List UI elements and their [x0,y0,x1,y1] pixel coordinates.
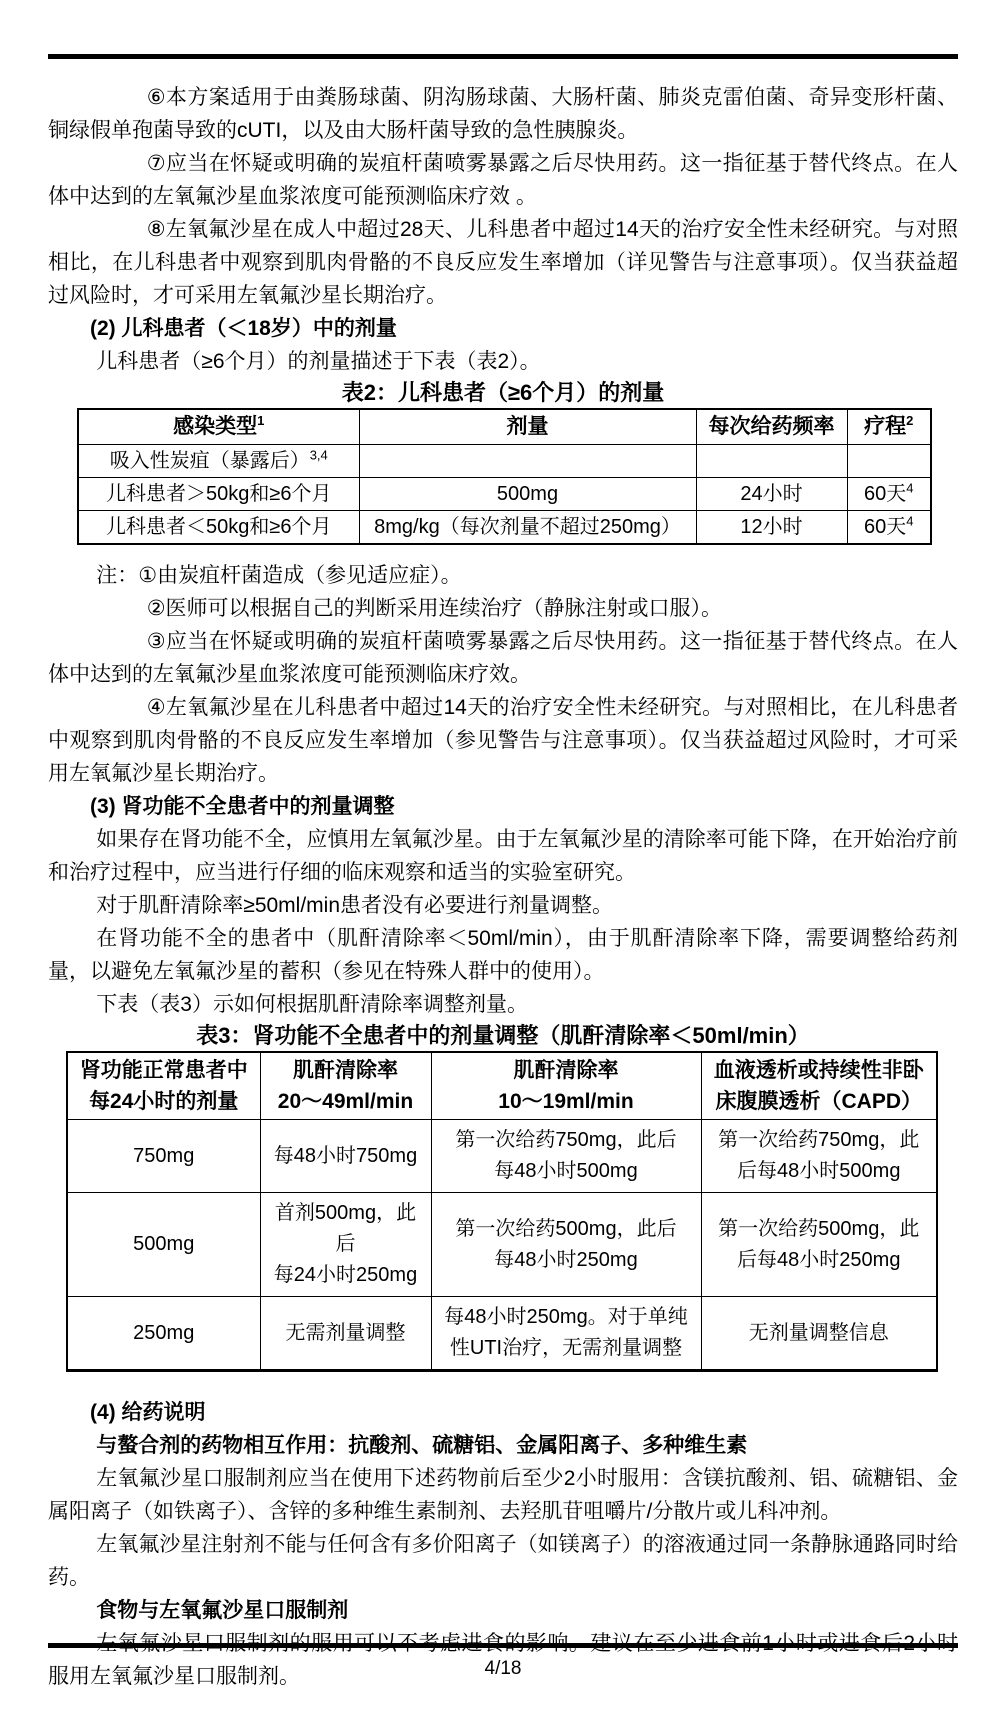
table-cell: 每48小时250mg。对于单纯性UTI治疗，无需剂量调整 [431,1297,701,1371]
table-row: 250mg 无需剂量调整 每48小时250mg。对于单纯性UTI治疗，无需剂量调… [67,1297,937,1371]
section-3-heading: (3) 肾功能不全患者中的剂量调整 [48,790,958,823]
table-cell: 第一次给药750mg，此后每48小时500mg [431,1120,701,1193]
table-cell: 500mg [67,1193,260,1297]
table-cell: 750mg [67,1120,260,1193]
table2-title: 表2：儿科患者（≥6个月）的剂量 [48,378,958,408]
table2-note-4: ④左氧氟沙星在儿科患者中超过14天的治疗安全性未经研究。与对照相比，在儿科患者中… [48,691,958,790]
table-cell: 吸入性炭疽（暴露后）3,4 [78,445,359,478]
section-4-paragraph-1: 左氧氟沙星口服制剂应当在使用下述药物前后至少2小时服用：含镁抗酸剂、铝、硫糖铝、… [48,1462,958,1528]
list-item-6: ⑥本方案适用于由粪肠球菌、阴沟肠球菌、大肠杆菌、肺炎克雷伯菌、奇异变形杆菌、铜绿… [48,81,958,147]
table-cell: 250mg [67,1297,260,1371]
table2-note-1: 注：①由炭疽杆菌造成（参见适应症）。 [48,559,958,592]
table-header-cell: 肌酐清除率10～19ml/min [431,1052,701,1120]
document-page: ⑥本方案适用于由粪肠球菌、阴沟肠球菌、大肠杆菌、肺炎克雷伯菌、奇异变形杆菌、铜绿… [0,0,1006,1693]
section-3-paragraph-4: 下表（表3）示如何根据肌酐清除率调整剂量。 [48,988,958,1021]
table-row: 儿科患者＜50kg和≥6个月 8mg/kg（每次剂量不超过250mg） 12小时… [78,511,931,545]
section-4-paragraph-2: 左氧氟沙星注射剂不能与任何含有多价阳离子（如镁离子）的溶液通过同一条静脉通路同时… [48,1528,958,1594]
table-cell: 60天4 [847,478,931,511]
table-row: 500mg 首剂500mg，此后每24小时250mg 第一次给药500mg，此后… [67,1193,937,1297]
table-cell: 每48小时750mg [260,1120,431,1193]
table-header-cell: 疗程2 [847,409,931,445]
table-cell: 无需剂量调整 [260,1297,431,1371]
table-header-row: 肾功能正常患者中每24小时的剂量 肌酐清除率20～49ml/min 肌酐清除率1… [67,1052,937,1120]
list-item-8: ⑧左氧氟沙星在成人中超过28天、儿科患者中超过14天的治疗安全性未经研究。与对照… [48,213,958,312]
section-4-heading: (4) 给药说明 [48,1396,958,1429]
table-cell: 儿科患者＜50kg和≥6个月 [78,511,359,545]
table-cell [359,445,696,478]
table-header-cell: 感染类型1 [78,409,359,445]
table-header-cell: 每次给药频率 [696,409,847,445]
document-content: ⑥本方案适用于由粪肠球菌、阴沟肠球菌、大肠杆菌、肺炎克雷伯菌、奇异变形杆菌、铜绿… [48,81,958,1693]
table2-note-2: ②医师可以根据自己的判断采用连续治疗（静脉注射或口服）。 [48,592,958,625]
section-4-subheading-1: 与螯合剂的药物相互作用：抗酸剂、硫糖铝、金属阳离子、多种维生素 [48,1429,958,1462]
section-4-subheading-2: 食物与左氧氟沙星口服制剂 [48,1594,958,1627]
section-2-intro: 儿科患者（≥6个月）的剂量描述于下表（表2）。 [48,345,958,378]
section-3-paragraph-1: 如果存在肾功能不全，应慎用左氧氟沙星。由于左氧氟沙星的清除率可能下降，在开始治疗… [48,823,958,889]
section-3-paragraph-3: 在肾功能不全的患者中（肌酐清除率＜50ml/min），由于肌酐清除率下降，需要调… [48,922,958,988]
table-cell: 第一次给药750mg，此后每48小时500mg [701,1120,937,1193]
table-pediatric-dosage: 感染类型1 剂量 每次给药频率 疗程2 吸入性炭疽（暴露后）3,4 儿科患者＞5… [77,408,932,545]
table-cell [847,445,931,478]
table3-title: 表3：肾功能不全患者中的剂量调整（肌酐清除率＜50ml/min） [48,1021,958,1051]
table-cell: 第一次给药500mg，此后每48小时250mg [431,1193,701,1297]
table-header-cell: 血液透析或持续性非卧床腹膜透析（CAPD） [701,1052,937,1120]
section-3-paragraph-2: 对于肌酐清除率≥50ml/min患者没有必要进行剂量调整。 [48,889,958,922]
table-row: 吸入性炭疽（暴露后）3,4 [78,445,931,478]
table-renal-dose-adjustment: 肾功能正常患者中每24小时的剂量 肌酐清除率20～49ml/min 肌酐清除率1… [66,1051,938,1372]
table-cell: 500mg [359,478,696,511]
table-cell: 12小时 [696,511,847,545]
table-row: 儿科患者＞50kg和≥6个月 500mg 24小时 60天4 [78,478,931,511]
table-cell: 首剂500mg，此后每24小时250mg [260,1193,431,1297]
top-rule [48,54,958,59]
table-cell: 第一次给药500mg，此后每48小时250mg [701,1193,937,1297]
table-cell: 60天4 [847,511,931,545]
list-item-7: ⑦应当在怀疑或明确的炭疽杆菌喷雾暴露之后尽快用药。这一指征基于替代终点。在人体中… [48,147,958,213]
table-header-cell: 肌酐清除率20～49ml/min [260,1052,431,1120]
table-row: 750mg 每48小时750mg 第一次给药750mg，此后每48小时500mg… [67,1120,937,1193]
bottom-rule [48,1643,958,1648]
table-cell: 8mg/kg（每次剂量不超过250mg） [359,511,696,545]
table-header-row: 感染类型1 剂量 每次给药频率 疗程2 [78,409,931,445]
table-header-cell: 肾功能正常患者中每24小时的剂量 [67,1052,260,1120]
page-number: 4/18 [48,1658,958,1680]
page-footer: 4/18 [48,1643,958,1680]
section-2-heading: (2) 儿科患者（＜18岁）中的剂量 [48,312,958,345]
table-cell: 24小时 [696,478,847,511]
table2-note-3: ③应当在怀疑或明确的炭疽杆菌喷雾暴露之后尽快用药。这一指征基于替代终点。在人体中… [48,625,958,691]
table-cell: 儿科患者＞50kg和≥6个月 [78,478,359,511]
table-cell: 无剂量调整信息 [701,1297,937,1371]
table-header-cell: 剂量 [359,409,696,445]
table-cell [696,445,847,478]
